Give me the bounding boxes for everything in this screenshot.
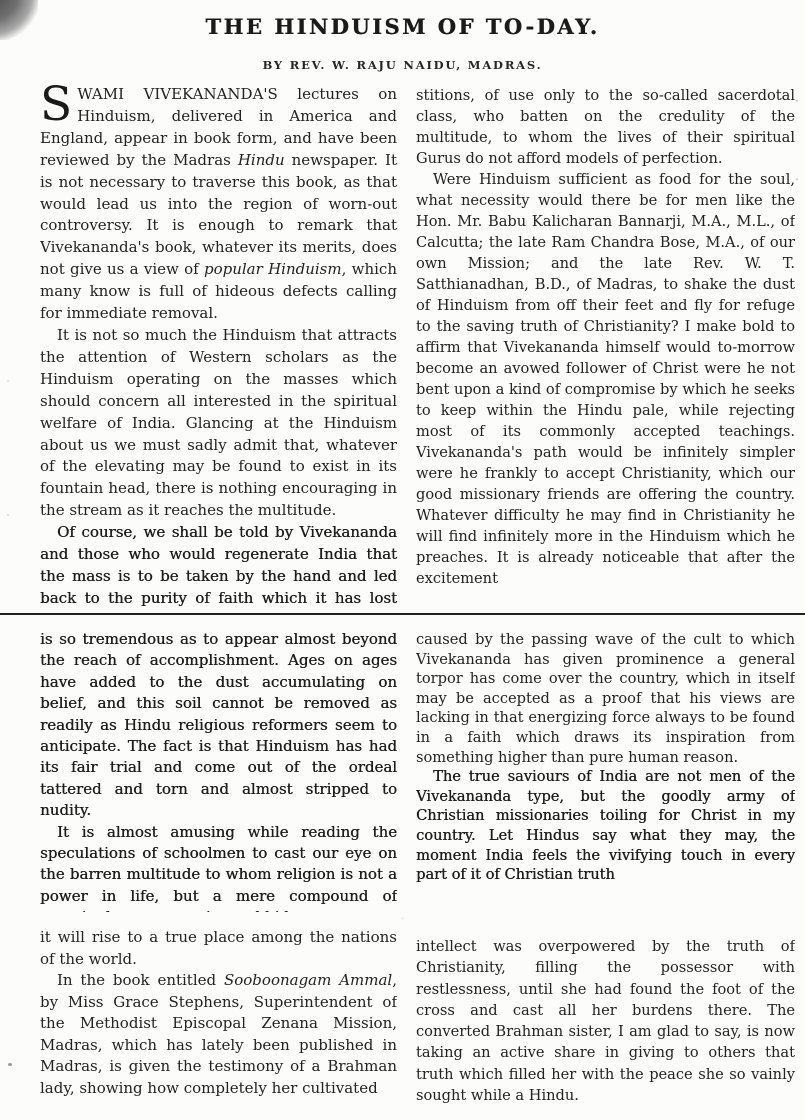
- text-run: caused by the passing wave of the cult t…: [416, 631, 795, 766]
- paragraph: It is almost amusing while reading the s…: [40, 822, 397, 912]
- paragraph-continuation: is so tremendous as to appear almost bey…: [40, 629, 397, 822]
- paragraph-continuation: it will rise to a true place among the n…: [40, 927, 397, 970]
- paragraph-continuation: caused by the passing wave of the cult t…: [416, 630, 795, 767]
- italic-text-run: Sooboonagam Ammal: [224, 971, 392, 989]
- left-column-fragment-1: SWAMI VIVEKANANDA'S lectures on Hinduism…: [40, 84, 397, 614]
- scan-artifact-dot: [8, 1063, 12, 1066]
- article-byline: BY REV. W. RAJU NAIDU, MADRAS.: [0, 58, 805, 72]
- text-run: It is not so much the Hinduism that attr…: [40, 326, 397, 519]
- text-run: is so tremendous as to appear almost bey…: [40, 630, 397, 819]
- paragraph-continuation: intellect was overpowered by the truth o…: [416, 936, 795, 1106]
- italic-text-run: popular Hinduism: [204, 260, 342, 278]
- text-run: It is almost amusing while reading the s…: [40, 823, 397, 912]
- right-column-fragment-1: stitions, of use only to the so-called s…: [416, 85, 795, 613]
- text-run: In the book entitled: [57, 971, 224, 989]
- drop-cap: S: [40, 84, 77, 123]
- right-column-fragment-3: intellect was overpowered by the truth o…: [416, 936, 795, 1116]
- paragraph: Of course, we shall be told by Vivekanan…: [40, 522, 397, 614]
- paragraph-continuation: stitions, of use only to the so-called s…: [416, 85, 795, 169]
- text-run: , by Miss Grace Stephens, Superintendent…: [40, 971, 397, 1097]
- text-run: stitions, of use only to the so-called s…: [416, 87, 795, 167]
- text-run: intellect was overpowered by the truth o…: [416, 938, 795, 1104]
- article-title: THE HINDUISM OF TO-DAY.: [0, 14, 805, 39]
- paragraph: In the book entitled Sooboonagam Ammal, …: [40, 970, 397, 1099]
- text-run: Of course, we shall be told by Vivekanan…: [40, 523, 397, 614]
- right-column-fragment-2: caused by the passing wave of the cult t…: [416, 630, 795, 910]
- scan-fold-line: [0, 613, 805, 615]
- left-column-fragment-3: it will rise to a true place among the n…: [40, 927, 397, 1107]
- text-run: Were Hinduism sufficient as food for the…: [416, 171, 795, 587]
- scanned-article-page: THE HINDUISM OF TO-DAY. BY REV. W. RAJU …: [0, 0, 805, 1120]
- paragraph-lead: SWAMI VIVEKANANDA'S lectures on Hinduism…: [40, 84, 397, 325]
- text-run: The true saviours of India are not men o…: [416, 768, 795, 883]
- paragraph: It is not so much the Hinduism that attr…: [40, 325, 397, 522]
- paragraph: The true saviours of India are not men o…: [416, 767, 795, 885]
- italic-text-run: Hindu: [238, 151, 285, 169]
- left-column-fragment-2: is so tremendous as to appear almost bey…: [40, 629, 397, 912]
- text-run: it will rise to a true place among the n…: [40, 928, 397, 968]
- paragraph: Were Hinduism sufficient as food for the…: [416, 169, 795, 589]
